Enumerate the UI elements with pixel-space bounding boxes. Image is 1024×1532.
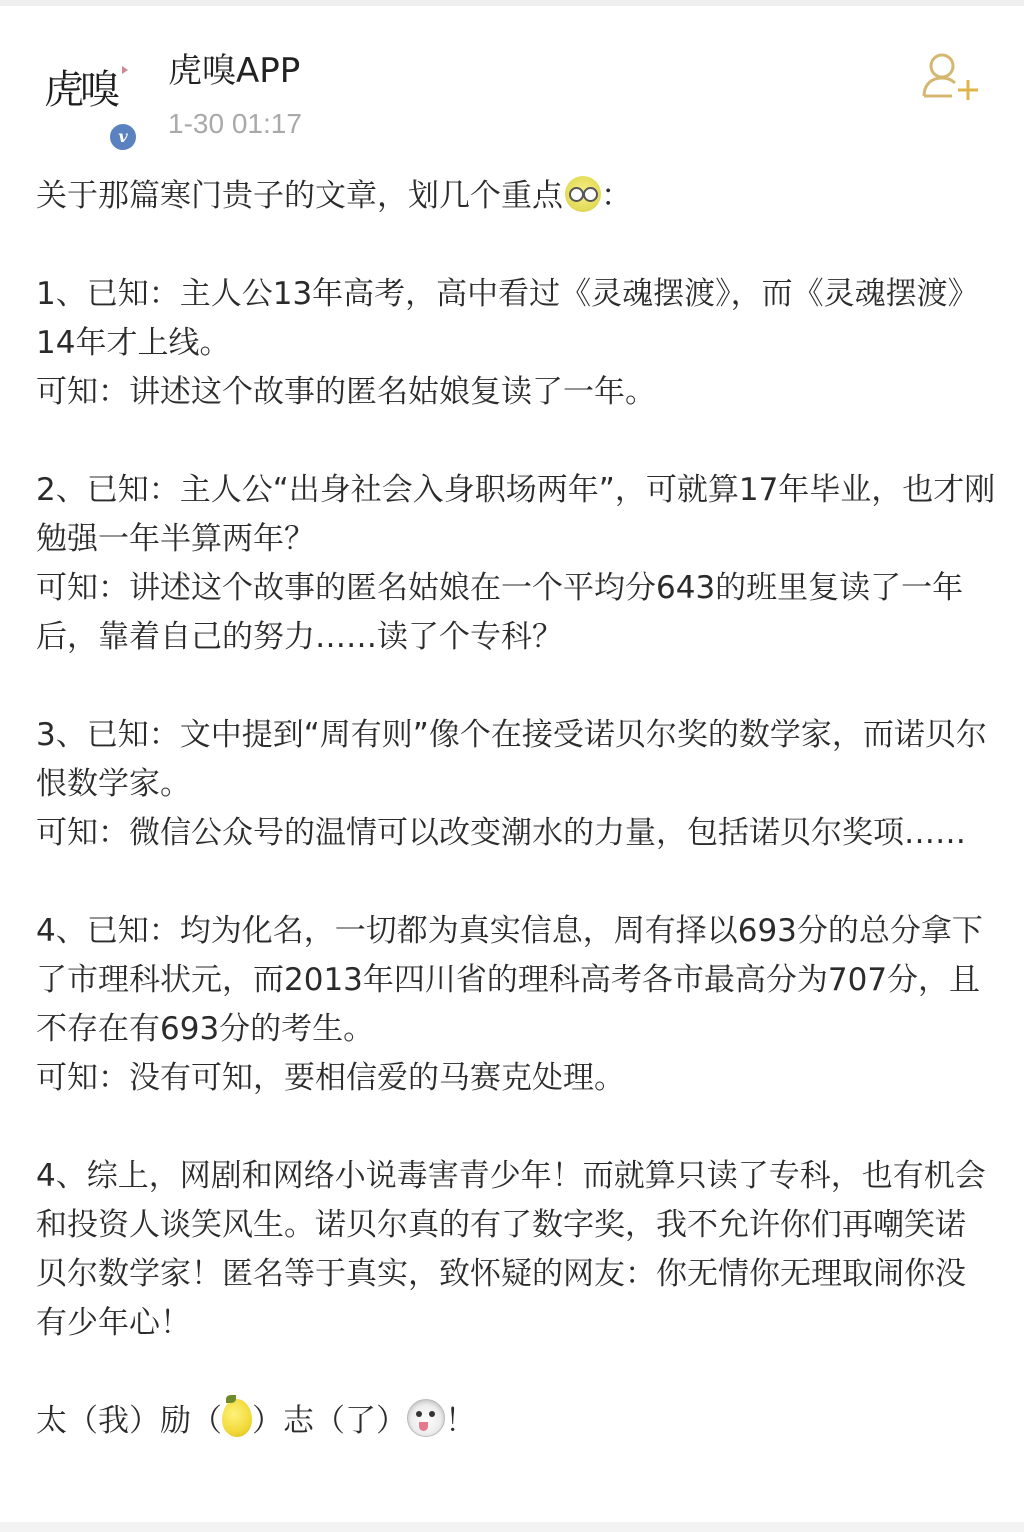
glasses-face-emoji-icon [565, 176, 601, 212]
verified-badge-icon: v [108, 122, 138, 152]
point-known: 3、已知：文中提到“周有则”像个在接受诺贝尔奖的数学家，而诺贝尔恨数学家。 [36, 711, 996, 809]
point-known: 1、已知：主人公13年高考，高中看过《灵魂摆渡》，而《灵魂摆渡》14年才上线。 [36, 270, 996, 368]
lemon-emoji-icon [222, 1399, 252, 1437]
point-inferred: 可知：讲述这个故事的匿名姑娘在一个平均分643的班里复读了一年后，靠着自己的努力… [36, 564, 996, 662]
avatar[interactable]: 虎嗅 v [36, 44, 140, 144]
add-user-icon [918, 50, 982, 106]
point-known: 2、已知：主人公“出身社会入身职场两年”，可就算17年毕业，也才刚勉强一年半算两… [36, 466, 996, 564]
avatar-accent-mark [122, 66, 128, 74]
bottom-divider [0, 1522, 1024, 1532]
conclusion-text: 4、综上，网剧和网络小说毒害青少年！而就算只读了专科，也有机会和投资人谈笑风生。… [36, 1152, 996, 1348]
conclusion: 4、综上，网剧和网络小说毒害青少年！而就算只读了专科，也有机会和投资人谈笑风生。… [36, 1152, 996, 1348]
post-intro: 关于那篇寒门贵子的文章，划几个重点： [36, 172, 996, 221]
follow-button[interactable] [918, 50, 982, 106]
post-body: 关于那篇寒门贵子的文章，划几个重点： 1、已知：主人公13年高考，高中看过《灵魂… [36, 172, 996, 1446]
point-1: 1、已知：主人公13年高考，高中看过《灵魂摆渡》，而《灵魂摆渡》14年才上线。 … [36, 270, 996, 417]
point-3: 3、已知：文中提到“周有则”像个在接受诺贝尔奖的数学家，而诺贝尔恨数学家。 可知… [36, 711, 996, 858]
top-divider [0, 0, 1024, 6]
closing-part-1: 太（我）励（ [36, 1403, 222, 1439]
point-inferred: 可知：没有可知，要相信爱的马赛克处理。 [36, 1054, 996, 1103]
account-name[interactable]: 虎嗅APP [168, 54, 300, 88]
avatar-logo: 虎嗅 [44, 70, 116, 110]
closing-part-3: ！ [445, 1403, 476, 1439]
intro-suffix: ： [601, 178, 632, 214]
intro-text: 关于那篇寒门贵子的文章，划几个重点 [36, 178, 563, 214]
point-inferred: 可知：讲述这个故事的匿名姑娘复读了一年。 [36, 368, 996, 417]
closing-part-2: ）志（了） [252, 1403, 407, 1439]
closing-line: 太（我）励（）志（了）！ [36, 1397, 996, 1446]
post-header: 虎嗅 v 虎嗅APP 1-30 01:17 [0, 30, 1024, 150]
husky-emoji-icon [407, 1399, 445, 1437]
point-2: 2、已知：主人公“出身社会入身职场两年”，可就算17年毕业，也才刚勉强一年半算两… [36, 466, 996, 662]
point-known: 4、已知：均为化名，一切都为真实信息，周有择以693分的总分拿下了市理科状元，而… [36, 907, 996, 1054]
post-timestamp: 1-30 01:17 [168, 110, 302, 138]
point-inferred: 可知：微信公众号的温情可以改变潮水的力量，包括诺贝尔奖项…… [36, 809, 996, 858]
point-4: 4、已知：均为化名，一切都为真实信息，周有择以693分的总分拿下了市理科状元，而… [36, 907, 996, 1103]
